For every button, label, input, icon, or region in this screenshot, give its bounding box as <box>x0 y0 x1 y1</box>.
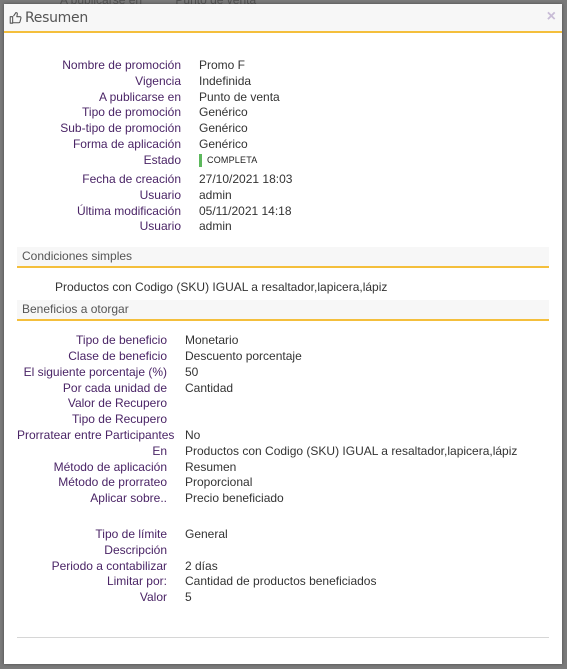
section-header-benefits: Beneficios a otorgar <box>17 300 549 321</box>
detail-value: General <box>185 527 228 543</box>
detail-label: En <box>17 444 185 460</box>
detail-label: Por cada unidad de <box>17 381 185 397</box>
detail-label: Método de prorrateo <box>17 475 185 491</box>
detail-label: Estado <box>17 153 199 172</box>
detail-row: Nombre de promociónPromo F <box>17 58 549 74</box>
detail-row: Clase de beneficioDescuento porcentaje <box>17 349 549 365</box>
detail-label: Clase de beneficio <box>17 349 185 365</box>
detail-value: Genérico <box>199 121 248 137</box>
detail-row: EstadoCOMPLETA <box>17 153 549 172</box>
detail-label: Tipo de límite <box>17 527 185 543</box>
detail-label: Valor <box>17 590 185 606</box>
detail-row: Tipo de límiteGeneral <box>17 527 549 543</box>
detail-label: Tipo de Recupero <box>17 412 185 428</box>
detail-row: Prorratear entre ParticipantesNo <box>17 428 549 444</box>
detail-label: Última modificación <box>17 204 199 220</box>
modal-title: Resumen <box>25 10 88 26</box>
section-header-conditions: Condiciones simples <box>17 247 549 268</box>
detail-label: Periodo a contabilizar <box>17 559 185 575</box>
detail-row: Usuarioadmin <box>17 219 549 235</box>
detail-row: Limitar por:Cantidad de productos benefi… <box>17 574 549 590</box>
detail-label: Fecha de creación <box>17 172 199 188</box>
detail-value: admin <box>199 219 232 235</box>
detail-value: admin <box>199 188 232 204</box>
detail-row: Descripción <box>17 543 549 559</box>
detail-value <box>185 396 188 412</box>
detail-label: Valor de Recupero <box>17 396 185 412</box>
detail-label: Forma de aplicación <box>17 137 199 153</box>
benefits-table: Tipo de beneficioMonetarioClase de benef… <box>17 333 549 507</box>
detail-value: 2 días <box>185 559 218 575</box>
detail-value: Proporcional <box>185 475 252 491</box>
detail-row: Tipo de beneficioMonetario <box>17 333 549 349</box>
detail-row: Por cada unidad deCantidad <box>17 381 549 397</box>
detail-label: Tipo de promoción <box>17 105 199 121</box>
detail-value: No <box>185 428 200 444</box>
detail-row: A publicarse enPunto de venta <box>17 90 549 106</box>
detail-row: Periodo a contabilizar2 días <box>17 559 549 575</box>
status-badge: COMPLETA <box>199 153 257 172</box>
detail-value: 05/11/2021 14:18 <box>199 204 292 220</box>
detail-label: El siguiente porcentaje (%) <box>17 365 185 381</box>
detail-value <box>185 412 188 428</box>
close-icon[interactable]: × <box>547 8 556 26</box>
detail-row: Aplicar sobre..Precio beneficiado <box>17 491 549 507</box>
detail-label: Vigencia <box>17 74 199 90</box>
detail-row: Valor de Recupero <box>17 396 549 412</box>
detail-row: Tipo de Recupero <box>17 412 549 428</box>
detail-row: Método de aplicaciónResumen <box>17 460 549 476</box>
summary-modal: Resumen × Nombre de promociónPromo FVige… <box>4 4 562 664</box>
detail-row: Método de prorrateoProporcional <box>17 475 549 491</box>
detail-label: Método de aplicación <box>17 460 185 476</box>
detail-label: Nombre de promoción <box>17 58 199 74</box>
detail-value: 5 <box>185 590 192 606</box>
detail-row: Forma de aplicaciónGenérico <box>17 137 549 153</box>
footer-divider <box>17 637 549 638</box>
detail-value: 50 <box>185 365 198 381</box>
modal-body: Nombre de promociónPromo FVigenciaIndefi… <box>4 58 562 606</box>
modal-header: Resumen × <box>4 4 562 33</box>
limits-table: Tipo de límiteGeneralDescripción Periodo… <box>17 527 549 606</box>
status-badge: COMPLETA <box>199 153 257 169</box>
condition-item: Productos con Codigo (SKU) IGUAL a resal… <box>17 279 549 295</box>
detail-row: VigenciaIndefinida <box>17 74 549 90</box>
detail-value: Cantidad <box>185 381 233 397</box>
detail-value: Descuento porcentaje <box>185 349 302 365</box>
status-text: COMPLETA <box>207 153 257 169</box>
summary-table: Nombre de promociónPromo FVigenciaIndefi… <box>17 58 549 235</box>
detail-value: Precio beneficiado <box>185 491 284 507</box>
detail-value: Resumen <box>185 460 236 476</box>
detail-value: Productos con Codigo (SKU) IGUAL a resal… <box>185 444 517 460</box>
detail-row: Usuarioadmin <box>17 188 549 204</box>
detail-value: Genérico <box>199 137 248 153</box>
detail-label: Usuario <box>17 219 199 235</box>
detail-label: Aplicar sobre.. <box>17 491 185 507</box>
detail-row: Tipo de promociónGenérico <box>17 105 549 121</box>
detail-row: EnProductos con Codigo (SKU) IGUAL a res… <box>17 444 549 460</box>
detail-value: Genérico <box>199 105 248 121</box>
detail-row: Última modificación05/11/2021 14:18 <box>17 204 549 220</box>
detail-row: Fecha de creación27/10/2021 18:03 <box>17 172 549 188</box>
thumbs-up-icon <box>8 11 22 25</box>
detail-value: Monetario <box>185 333 238 349</box>
detail-row: El siguiente porcentaje (%)50 <box>17 365 549 381</box>
detail-label: Usuario <box>17 188 199 204</box>
status-indicator-bar <box>199 154 202 167</box>
detail-value <box>185 543 188 559</box>
detail-label: Descripción <box>17 543 185 559</box>
detail-label: Tipo de beneficio <box>17 333 185 349</box>
detail-label: Sub-tipo de promoción <box>17 121 199 137</box>
detail-value: 27/10/2021 18:03 <box>199 172 292 188</box>
detail-row: Sub-tipo de promociónGenérico <box>17 121 549 137</box>
detail-label: Limitar por: <box>17 574 185 590</box>
detail-value: Punto de venta <box>199 90 280 106</box>
detail-label: Prorratear entre Participantes <box>17 428 185 444</box>
detail-label: A publicarse en <box>17 90 199 106</box>
detail-row: Valor5 <box>17 590 549 606</box>
detail-value: Cantidad de productos beneficiados <box>185 574 376 590</box>
detail-value: Indefinida <box>199 74 251 90</box>
detail-value: Promo F <box>199 58 245 74</box>
